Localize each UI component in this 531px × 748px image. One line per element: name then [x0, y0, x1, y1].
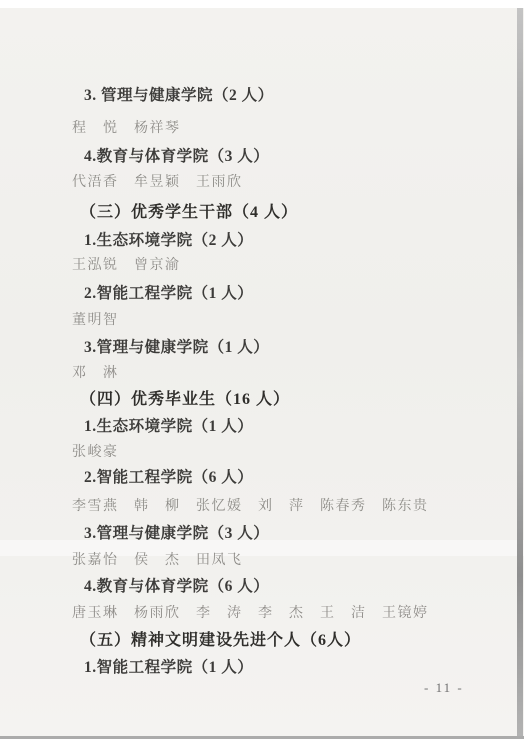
scan-canvas: 3. 管理与健康学院（2 人）程 悦 杨祥琴4.教育与体育学院（3 人）代浯香 … [0, 0, 531, 748]
page-right-edge-shadow [517, 8, 523, 736]
scan-page: 3. 管理与健康学院（2 人）程 悦 杨祥琴4.教育与体育学院（3 人）代浯香 … [0, 8, 524, 739]
college-heading: 3. 管理与健康学院（2 人） [84, 86, 274, 106]
college-heading: 1.生态环境学院（2 人） [84, 231, 253, 251]
names-row: 邓 淋 [72, 364, 119, 384]
names-row: 董明智 [72, 311, 119, 331]
college-heading: 2.智能工程学院（6 人） [84, 468, 253, 488]
college-heading: 4.教育与体育学院（3 人） [84, 147, 269, 167]
names-row: 程 悦 杨祥琴 [72, 119, 181, 139]
names-row: 唐玉琳 杨雨欣 李 涛 李 杰 王 洁 王镜婷 [72, 604, 429, 624]
names-row: 张峻豪 [72, 443, 119, 463]
college-heading: 1.生态环境学院（1 人） [84, 417, 253, 437]
college-heading: 3.管理与健康学院（3 人） [84, 524, 269, 544]
award-section-heading: （三）优秀学生干部（4 人） [80, 203, 298, 223]
award-section-heading: （五）精神文明建设先进个人（6人） [80, 631, 361, 651]
names-row: 代浯香 牟昱颖 王雨欣 [72, 173, 243, 193]
award-section-heading: （四）优秀毕业生（16 人） [80, 390, 290, 410]
college-heading: 2.智能工程学院（1 人） [84, 284, 253, 304]
names-row: 张嘉怡 侯 杰 田凤飞 [72, 551, 243, 571]
college-heading: 3.管理与健康学院（1 人） [84, 338, 269, 358]
college-heading: 1.智能工程学院（1 人） [84, 658, 253, 678]
college-heading: 4.教育与体育学院（6 人） [84, 577, 269, 597]
page-number: - 11 - [424, 680, 464, 696]
names-row: 李雪燕 韩 柳 张忆媛 刘 萍 陈春秀 陈东贵 [72, 497, 429, 517]
names-row: 王泓锐 曾京渝 [72, 256, 181, 276]
